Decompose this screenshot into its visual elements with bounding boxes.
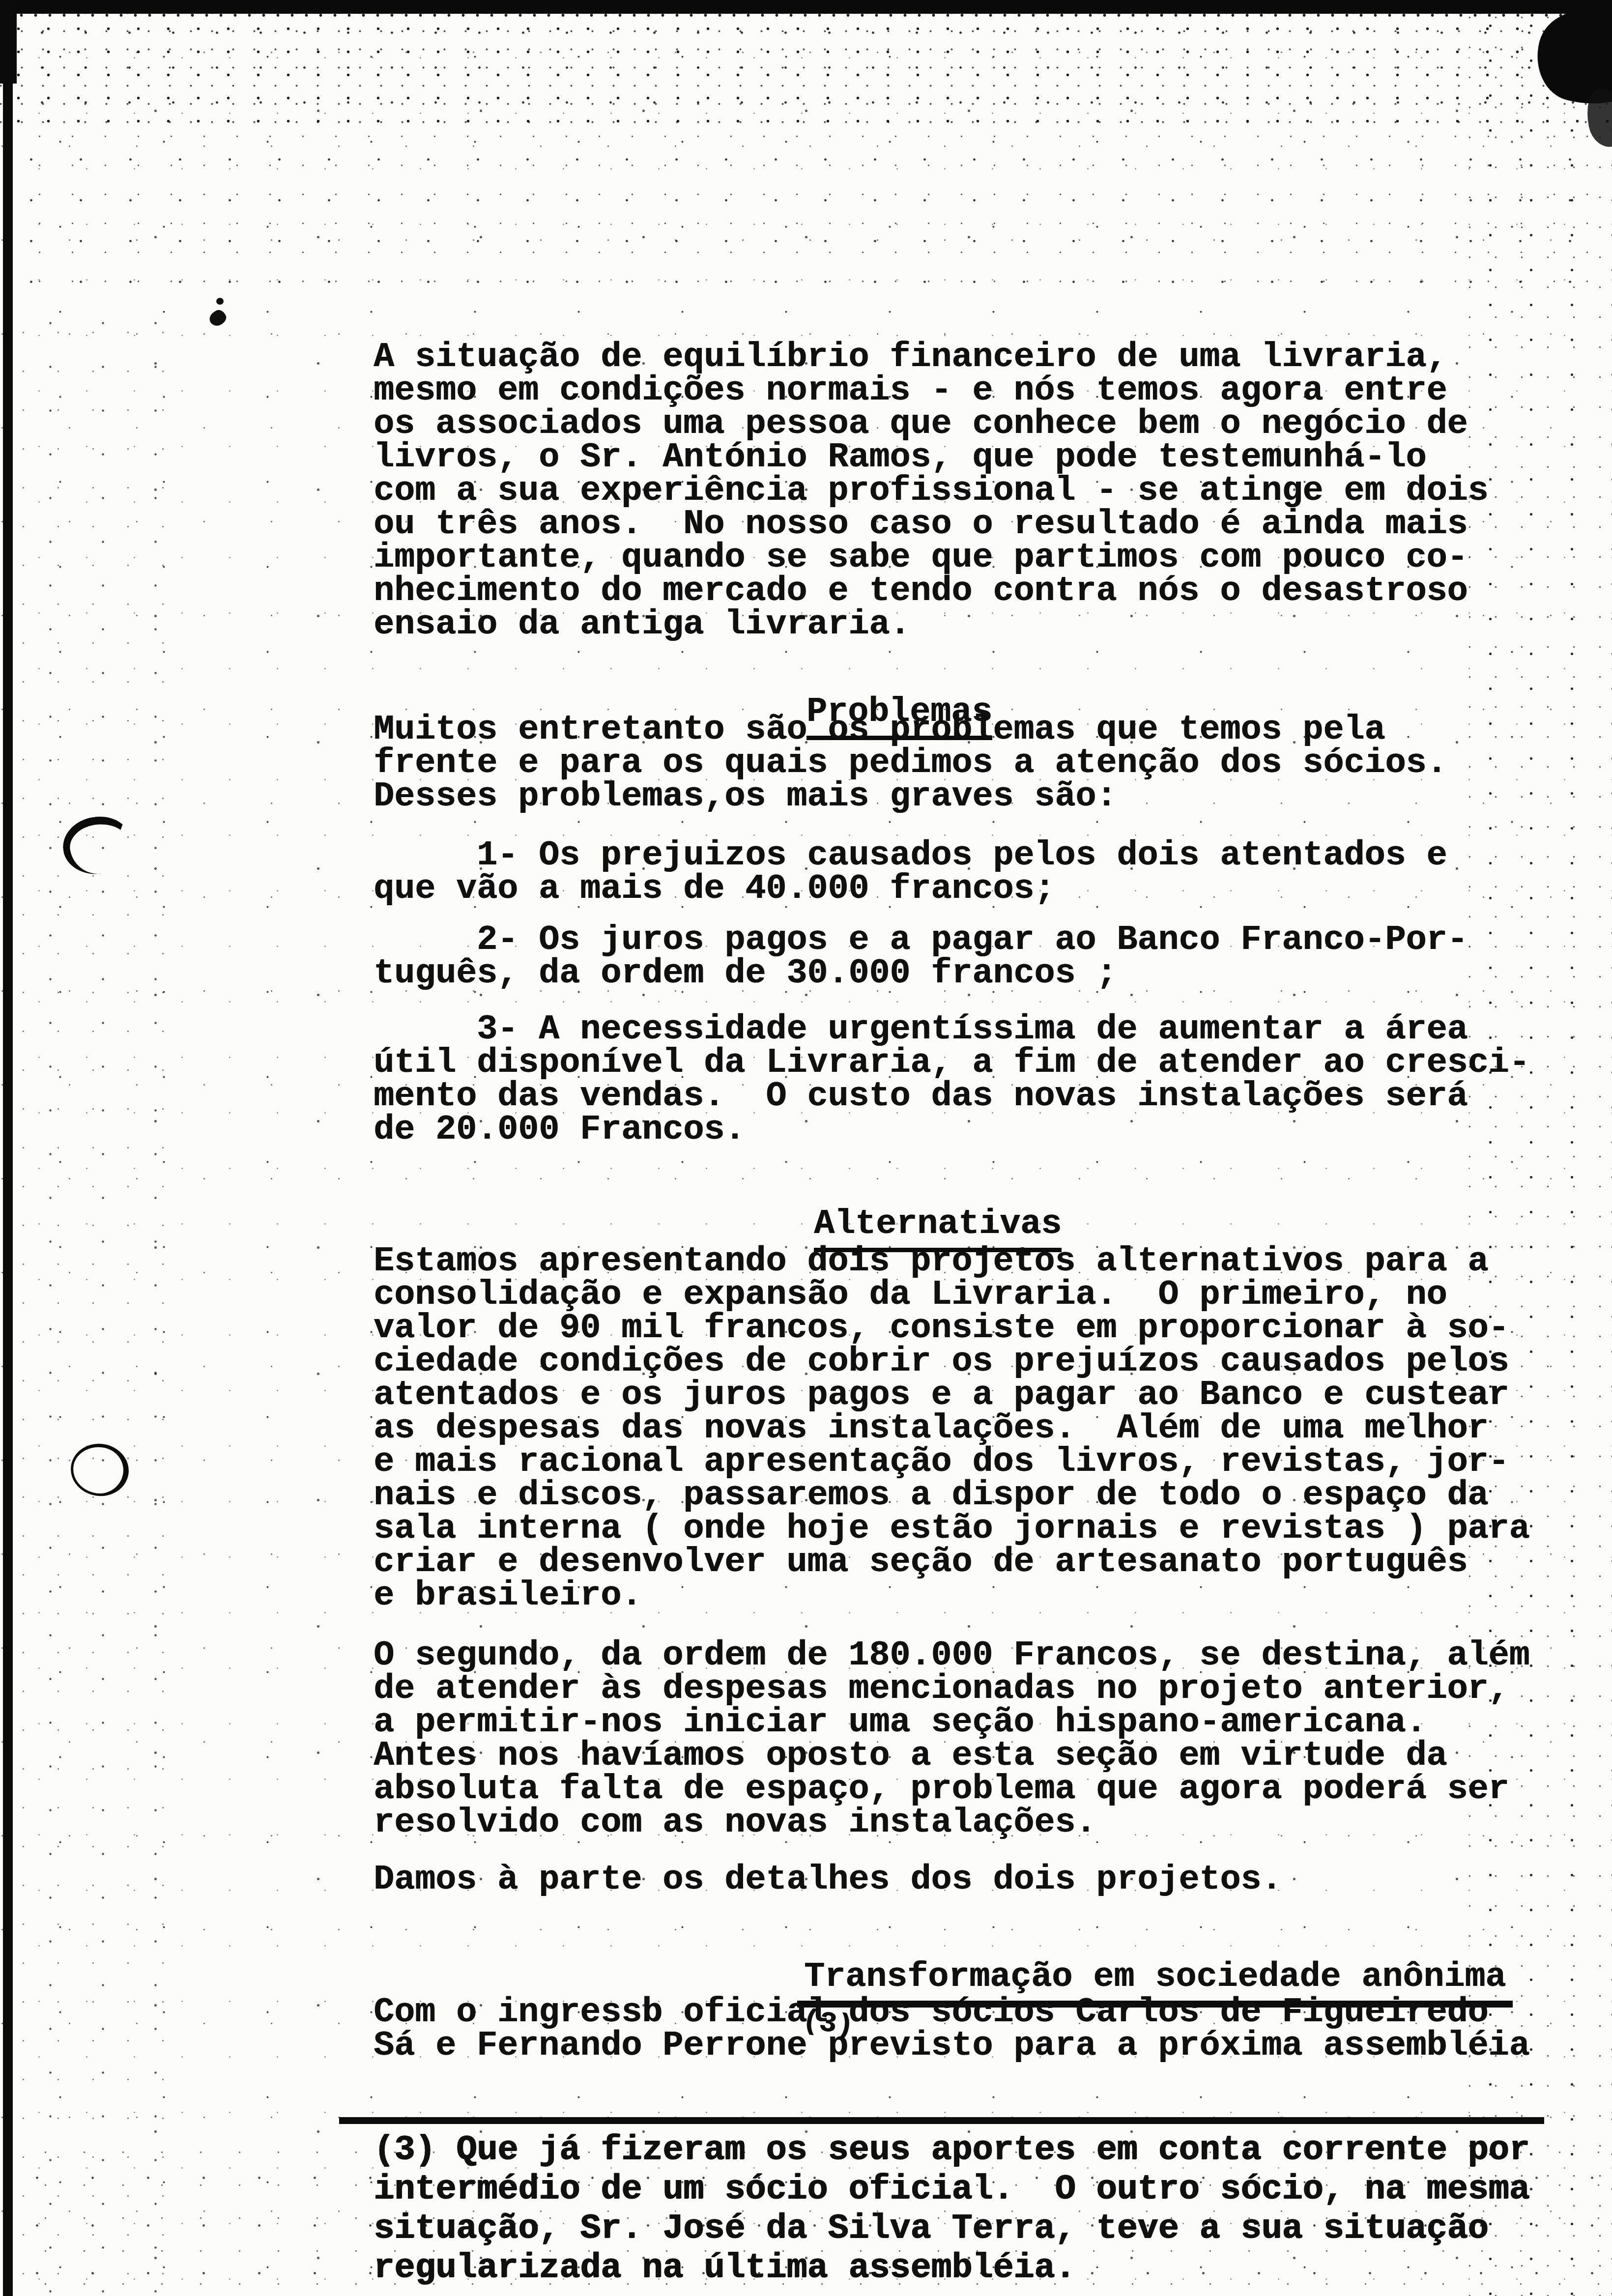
hole-punch-outline — [67, 1440, 132, 1499]
scan-edge-top-band — [0, 0, 1612, 14]
scan-noise-left-column — [20, 295, 197, 2296]
paragraph-damos-detalhes: Damos à parte os detalhes dos dois proje… — [374, 1864, 1592, 1897]
paragraph-ingresso-socios: Com o ingressb oficial dos sócios Carlos… — [374, 1996, 1592, 2063]
list-item-3-area: 3- A necessidade urgentíssima de aumenta… — [374, 1013, 1592, 1147]
scan-noise-top-medium — [0, 136, 1612, 298]
paragraph-first-project: Estamos apresentando dois projetos alter… — [374, 1245, 1592, 1613]
paragraph-problemas-intro: Muitos entretanto são os problemas que t… — [374, 714, 1592, 814]
handwritten-arc-mark — [59, 812, 136, 879]
paragraph-financial-situation: A situação de equilíbrio financeiro de u… — [374, 341, 1592, 642]
footnote-3-text: (3) Que já fizeram os seus aportes em co… — [374, 2131, 1592, 2288]
ink-speck-blob — [207, 308, 228, 328]
scan-edge-left-corner — [0, 0, 17, 84]
paragraph-second-project: O segundo, da ordem de 180.000 Francos, … — [374, 1639, 1592, 1840]
scan-noise-top-dense — [0, 13, 1612, 136]
ink-speck-dot — [216, 298, 224, 305]
list-item-2-juros: 2- Os juros pagos e a pagar ao Banco Fra… — [374, 924, 1592, 991]
list-item-1-prejuizos: 1- Os prejuizos causados pelos dois aten… — [374, 839, 1592, 906]
scanned-document-page: A situação de equilíbrio financeiro de u… — [0, 0, 1612, 2296]
scan-edge-left-bar — [3, 0, 13, 2296]
footnote-separator-rule — [339, 2117, 1544, 2124]
scan-edge-top-fringe — [0, 13, 1612, 18]
handwritten-footnote-mark: (3) — [800, 2007, 855, 2042]
